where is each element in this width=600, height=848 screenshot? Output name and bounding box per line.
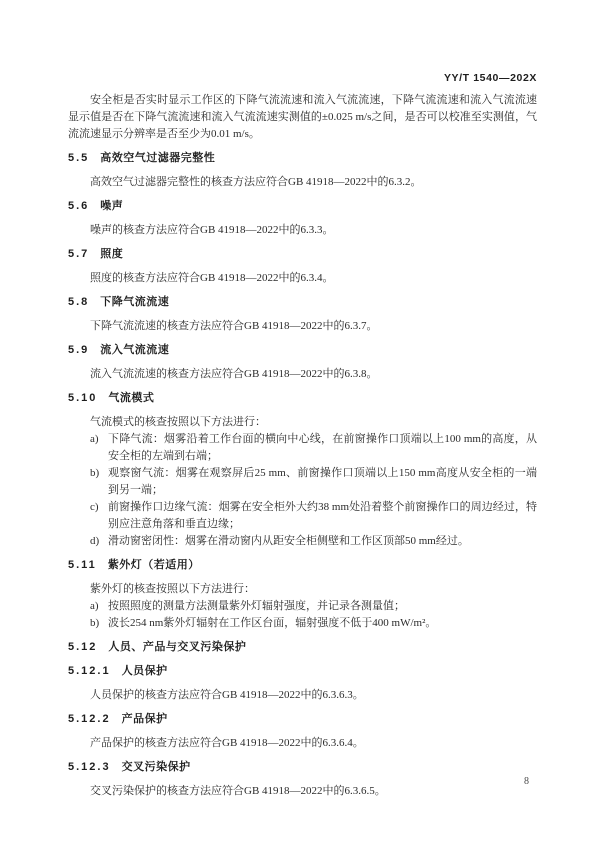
page-footer: 8 (0, 776, 600, 790)
document-page: YY/T 1540—202X 安全柜是否实时显示工作区的下降气流流速和流入气流流… (0, 0, 600, 848)
list-item-a: a)按照照度的测量方法测量紫外灯辐射强度，并记录各测量值； (68, 598, 537, 615)
section-heading-5-7: 5.7照度 (68, 246, 537, 263)
section-paragraph: 照度的核查方法应符合GB 41918—2022中的6.3.4。 (68, 270, 537, 287)
list-item-label: b) (90, 615, 99, 632)
section-title: 噪声 (100, 198, 123, 215)
section-heading-5-9: 5.9流入气流流速 (68, 342, 537, 359)
section-title: 高效空气过滤器完整性 (100, 150, 215, 167)
section-number: 5.12.3 (68, 759, 111, 776)
section-heading-5-12-2: 5.12.2产品保护 (68, 711, 537, 728)
section-heading-5-12: 5.12人员、产品与交叉污染保护 (68, 639, 537, 656)
section-number: 5.12 (68, 639, 97, 656)
list-item-text: 滑动窗密闭性：烟雾在滑动窗内从距安全柜侧壁和工作区顶部50 mm经过。 (108, 535, 469, 547)
section-paragraph: 流入气流流速的核查方法应符合GB 41918—2022中的6.3.8。 (68, 366, 537, 383)
section-title: 人员保护 (122, 663, 168, 680)
section-paragraph: 紫外灯的核查按照以下方法进行： (68, 581, 537, 598)
section-paragraph: 下降气流流速的核查方法应符合GB 41918—2022中的6.3.7。 (68, 318, 537, 335)
list-item-text: 前窗操作口边缘气流：烟雾在安全柜外大约38 mm处沿着整个前窗操作口的周边经过，… (108, 501, 537, 530)
section-number: 5.12.2 (68, 711, 111, 728)
section-number: 5.5 (68, 150, 89, 167)
list-item-label: a) (90, 431, 99, 448)
list-item-d: d)滑动窗密闭性：烟雾在滑动窗内从距安全柜侧壁和工作区顶部50 mm经过。 (68, 533, 537, 550)
standard-code: YY/T 1540—202X (444, 72, 537, 84)
intro-paragraph: 安全柜是否实时显示工作区的下降气流流速和流入气流流速，下降气流流速和流入气流流速… (68, 92, 537, 143)
section-title: 照度 (100, 246, 123, 263)
section-paragraph: 产品保护的核查方法应符合GB 41918—2022中的6.3.6.4。 (68, 735, 537, 752)
section-title: 人员、产品与交叉污染保护 (108, 639, 246, 656)
list-item-c: c)前窗操作口边缘气流：烟雾在安全柜外大约38 mm处沿着整个前窗操作口的周边经… (68, 499, 537, 533)
section-heading-5-12-3: 5.12.3交叉污染保护 (68, 759, 537, 776)
section-paragraph: 气流模式的核查按照以下方法进行： (68, 414, 537, 431)
section-heading-5-8: 5.8下降气流流速 (68, 294, 537, 311)
section-heading-5-12-1: 5.12.1人员保护 (68, 663, 537, 680)
section-title: 交叉污染保护 (122, 759, 191, 776)
section-title: 紫外灯（若适用） (108, 557, 200, 574)
section-heading-5-11: 5.11紫外灯（若适用） (68, 557, 537, 574)
list-item-text: 下降气流：烟雾沿着工作台面的横向中心线，在前窗操作口顶端以上100 mm的高度，… (108, 433, 537, 462)
section-number: 5.12.1 (68, 663, 111, 680)
list-item-label: a) (90, 598, 99, 615)
list-item-text: 观察窗气流：烟雾在观察屏后25 mm、前窗操作口顶端以上150 mm高度从安全柜… (108, 467, 537, 496)
list-item-label: c) (90, 499, 99, 516)
section-title: 流入气流流速 (100, 342, 169, 359)
page-number: 8 (524, 776, 529, 787)
section-number: 5.10 (68, 390, 97, 407)
list-item-label: d) (90, 533, 99, 550)
ordered-list: a)下降气流：烟雾沿着工作台面的横向中心线，在前窗操作口顶端以上100 mm的高… (68, 431, 537, 550)
section-number: 5.7 (68, 246, 89, 263)
section-number: 5.8 (68, 294, 89, 311)
list-item-b: b)观察窗气流：烟雾在观察屏后25 mm、前窗操作口顶端以上150 mm高度从安… (68, 465, 537, 499)
document-content: 安全柜是否实时显示工作区的下降气流流速和流入气流流速，下降气流流速和流入气流流速… (68, 92, 537, 800)
list-item-text: 波长254 nm紫外灯辐射在工作区台面，辐射强度不低于400 mW/m²。 (108, 617, 436, 629)
section-number: 5.6 (68, 198, 89, 215)
sections-container: 5.5高效空气过滤器完整性高效空气过滤器完整性的核查方法应符合GB 41918—… (68, 150, 537, 800)
section-title: 气流模式 (108, 390, 154, 407)
list-item-b: b)波长254 nm紫外灯辐射在工作区台面，辐射强度不低于400 mW/m²。 (68, 615, 537, 632)
section-number: 5.9 (68, 342, 89, 359)
section-heading-5-5: 5.5高效空气过滤器完整性 (68, 150, 537, 167)
section-paragraph: 噪声的核查方法应符合GB 41918—2022中的6.3.3。 (68, 222, 537, 239)
section-paragraph: 高效空气过滤器完整性的核查方法应符合GB 41918—2022中的6.3.2。 (68, 174, 537, 191)
section-heading-5-6: 5.6噪声 (68, 198, 537, 215)
list-item-label: b) (90, 465, 99, 482)
list-item-text: 按照照度的测量方法测量紫外灯辐射强度，并记录各测量值； (108, 600, 405, 612)
page-header: YY/T 1540—202X (68, 72, 537, 85)
list-item-a: a)下降气流：烟雾沿着工作台面的横向中心线，在前窗操作口顶端以上100 mm的高… (68, 431, 537, 465)
ordered-list: a)按照照度的测量方法测量紫外灯辐射强度，并记录各测量值；b)波长254 nm紫… (68, 598, 537, 632)
section-number: 5.11 (68, 557, 97, 574)
section-title: 下降气流流速 (100, 294, 169, 311)
section-heading-5-10: 5.10气流模式 (68, 390, 537, 407)
section-title: 产品保护 (122, 711, 168, 728)
section-paragraph: 人员保护的核查方法应符合GB 41918—2022中的6.3.6.3。 (68, 687, 537, 704)
